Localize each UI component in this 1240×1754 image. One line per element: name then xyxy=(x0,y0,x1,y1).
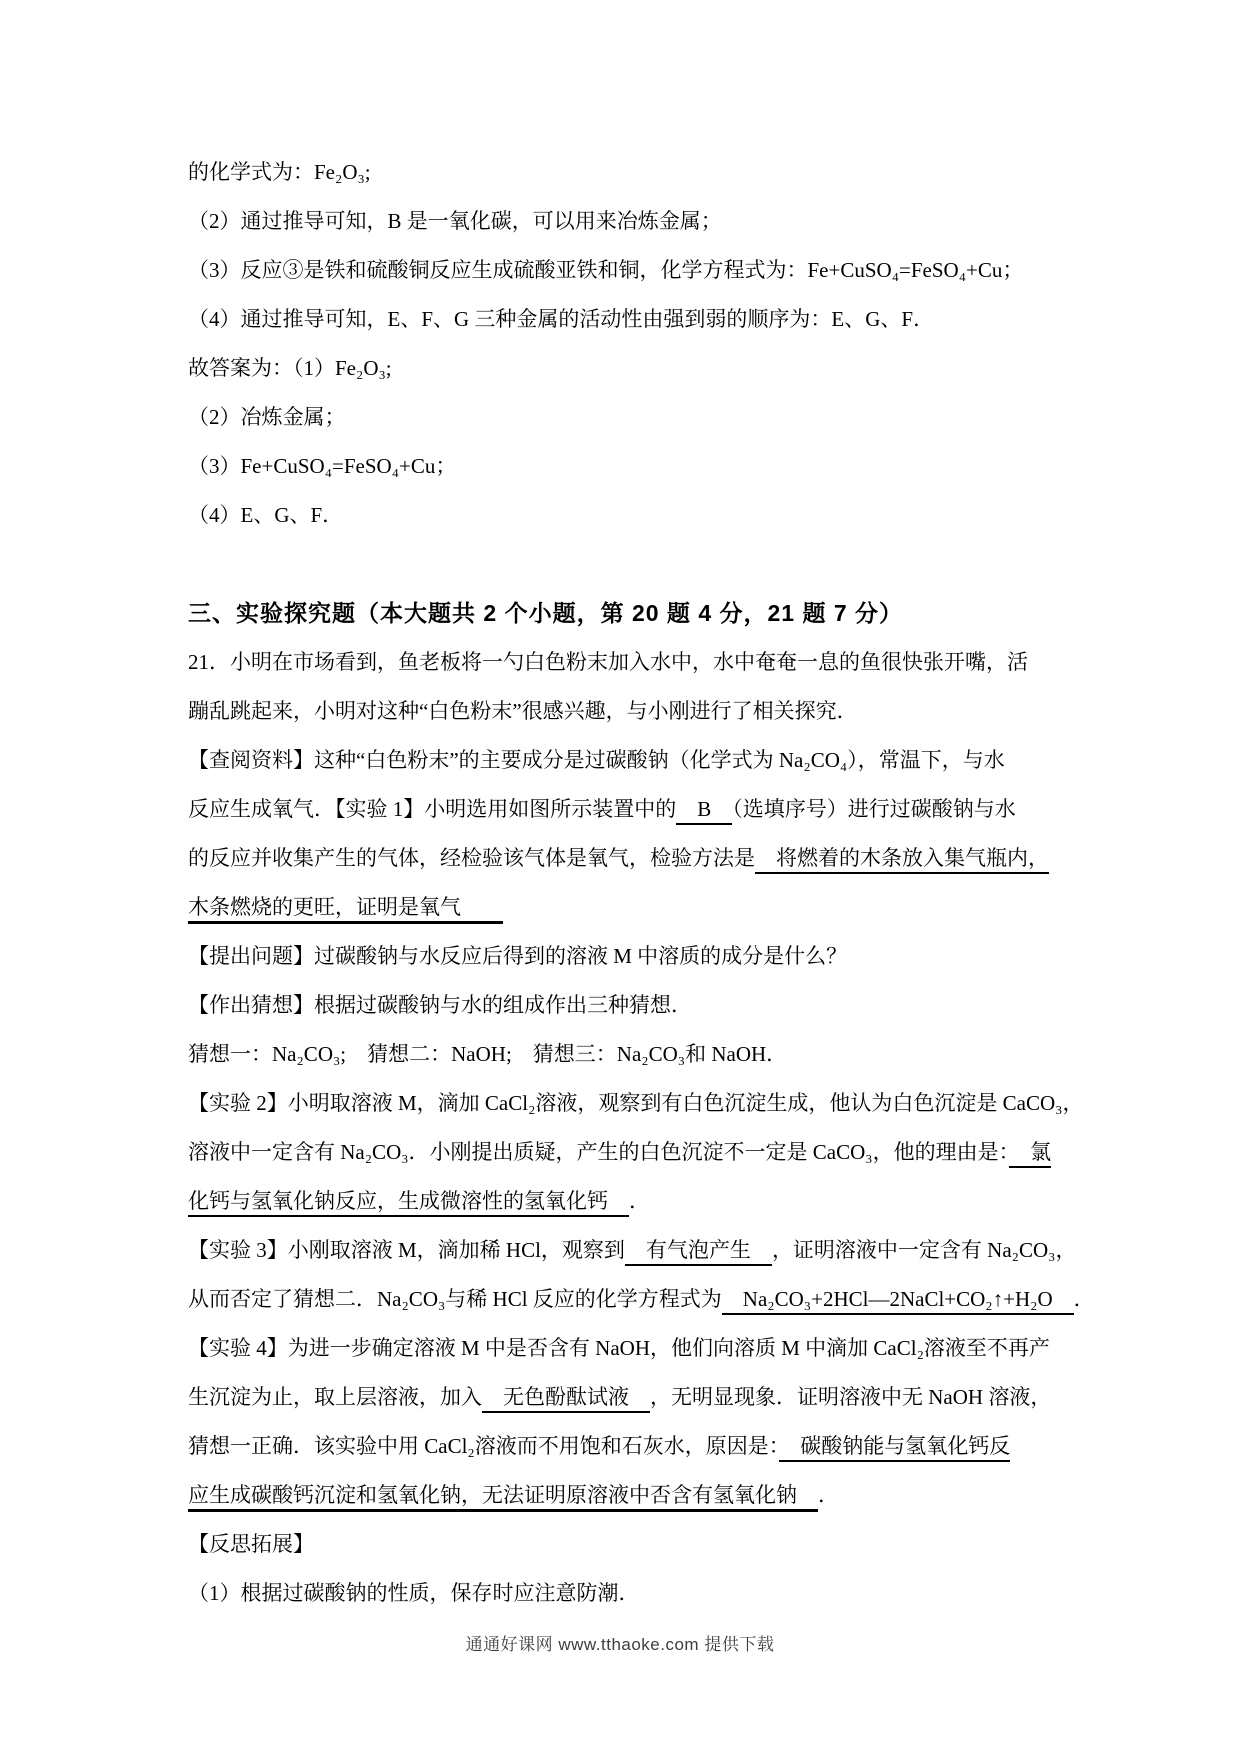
text-segment: 三、实验探究题（本大题共 2 个小题，第 20 题 4 分，21 题 7 分） xyxy=(188,600,903,626)
text-segment: 的反应并收集产生的气体，经检验该气体是氧气，检验方法是 xyxy=(188,846,755,870)
text-segment: 【作出猜想】根据过碳酸钠与水的组成作出三种猜想． xyxy=(188,993,692,1017)
q21-line-5: 的反应并收集产生的气体，经检验该气体是氧气，检验方法是 将燃着的木条放入集气瓶内… xyxy=(188,834,1068,883)
text-segment: 【反思拓展】 xyxy=(188,1532,314,1556)
text-segment: 21．小明在市场看到，鱼老板将一勺白色粉末加入水中，水中奄奄一息的鱼很快张开嘴，… xyxy=(188,650,1028,674)
text-segment: （1）根据过碳酸钠的性质，保存时应注意防潮． xyxy=(188,1581,640,1605)
q21-line-19: 【反思拓展】 xyxy=(188,1520,1068,1569)
answer-blank: 氯 xyxy=(1009,1140,1051,1168)
text-segment: （2）通过推导可知，B 是一氧化碳，可以用来冶炼金属； xyxy=(188,209,722,233)
footer-text: 通通好课网 www.tthaoke.com 提供下载 xyxy=(466,1635,775,1654)
q21-line-17: 猜想一正确．该实验中用 CaCl₂溶液而不用饱和石灰水，原因是： 碳酸钠能与氢氧… xyxy=(188,1422,1068,1471)
text-segment: 猜想一：Na₂CO₃; 猜想二：NaOH; 猜想三：Na₂CO₃和 NaOH． xyxy=(188,1042,787,1066)
text-segment: 【实验 2】小明取溶液 M，滴加 CaCl₂溶液，观察到有白色沉淀生成，他认为白… xyxy=(188,1091,1083,1115)
answer-line-7: （3）Fe+CuSO₄=FeSO₄+Cu； xyxy=(188,442,1068,491)
text-segment: 从而否定了猜想二．Na₂CO₃与稀 HCl 反应的化学方程式为 xyxy=(188,1287,722,1311)
q21-line-9: 猜想一：Na₂CO₃; 猜想二：NaOH; 猜想三：Na₂CO₃和 NaOH． xyxy=(188,1030,1068,1079)
answer-blank: 无色酚酞试液 xyxy=(482,1385,650,1413)
answer-blank: Na₂CO₃+2HCl—2NaCl+CO₂↑+H₂O xyxy=(722,1287,1074,1315)
section-heading: 三、实验探究题（本大题共 2 个小题，第 20 题 4 分，21 题 7 分） xyxy=(188,589,1068,638)
text-segment: （3）Fe+CuSO₄=FeSO₄+Cu； xyxy=(188,454,456,478)
q21-line-8: 【作出猜想】根据过碳酸钠与水的组成作出三种猜想． xyxy=(188,981,1068,1030)
text-segment: ，证明溶液中一定含有 Na₂CO₃， xyxy=(772,1238,1077,1262)
text-segment: ，无明显现象．证明溶液中无 NaOH 溶液， xyxy=(650,1385,1051,1409)
q21-line-18: 应生成碳酸钙沉淀和氢氧化钠，无法证明原溶液中否含有氢氧化钠 ． xyxy=(188,1471,1068,1520)
text-segment: （3）反应③是铁和硫酸铜反应生成硫酸亚铁和铜，化学方程式为：Fe+CuSO₄=F… xyxy=(188,258,1023,282)
q21-line-2: 蹦乱跳起来，小明对这种“白色粉末”很感兴趣，与小刚进行了相关探究． xyxy=(188,687,1068,736)
text-segment: 生沉淀为止，取上层溶液，加入 xyxy=(188,1385,482,1409)
q21-line-11: 溶液中一定含有 Na₂CO₃．小刚提出质疑，产生的白色沉淀不一定是 CaCO₃，… xyxy=(188,1128,1068,1177)
answer-line-1: 的化学式为：Fe₂O₃; xyxy=(188,148,1068,197)
text-segment: ． xyxy=(629,1189,650,1213)
q21-line-20: （1）根据过碳酸钠的性质，保存时应注意防潮． xyxy=(188,1569,1068,1618)
text-segment: （2）冶炼金属； xyxy=(188,405,346,429)
q21-line-10: 【实验 2】小明取溶液 M，滴加 CaCl₂溶液，观察到有白色沉淀生成，他认为白… xyxy=(188,1079,1068,1128)
q21-line-3: 【查阅资料】这种“白色粉末”的主要成分是过碳酸钠（化学式为 Na₂CO₄），常温… xyxy=(188,736,1068,785)
q21-line-7: 【提出问题】过碳酸钠与水反应后得到的溶液 M 中溶质的成分是什么？ xyxy=(188,932,1068,981)
text-segment: （选填序号）进行过碳酸钠与水 xyxy=(732,797,1016,821)
answer-blank: B xyxy=(676,797,732,825)
answer-blank: 将燃着的木条放入集气瓶内， xyxy=(755,846,1049,874)
answer-line-2: （2）通过推导可知，B 是一氧化碳，可以用来冶炼金属； xyxy=(188,197,1068,246)
answer-blank: 化钙与氢氧化钠反应，生成微溶性的氢氧化钙 xyxy=(188,1189,629,1217)
answer-line-8: （4）E、G、F． xyxy=(188,491,1068,540)
text-segment: 反应生成氧气．【实验 1】小明选用如图所示装置中的 xyxy=(188,797,676,821)
answer-line-3: （3）反应③是铁和硫酸铜反应生成硫酸亚铁和铜，化学方程式为：Fe+CuSO₄=F… xyxy=(188,246,1068,295)
text-segment: 故答案为：（1）Fe₂O₃; xyxy=(188,356,392,380)
q21-line-4: 反应生成氧气．【实验 1】小明选用如图所示装置中的 B （选填序号）进行过碳酸钠… xyxy=(188,785,1068,834)
text-segment: 溶液中一定含有 Na₂CO₃．小刚提出质疑，产生的白色沉淀不一定是 CaCO₃，… xyxy=(188,1140,1009,1164)
answer-blank: 木条燃烧的更旺，证明是氧气 xyxy=(188,895,503,924)
text-segment: 的化学式为：Fe₂O₃; xyxy=(188,160,371,184)
text-segment: 【实验 3】小刚取溶液 M，滴加稀 HCl，观察到 xyxy=(188,1238,625,1262)
page-footer: 通通好课网 www.tthaoke.com 提供下载 xyxy=(0,1630,1240,1655)
text-segment: （4）通过推导可知，E、F、G 三种金属的活动性由强到弱的顺序为：E、G、F． xyxy=(188,307,934,331)
text-segment: 蹦乱跳起来，小明对这种“白色粉末”很感兴趣，与小刚进行了相关探究． xyxy=(188,699,858,723)
text-segment: 【提出问题】过碳酸钠与水反应后得到的溶液 M 中溶质的成分是什么？ xyxy=(188,944,847,968)
q21-line-6: 木条燃烧的更旺，证明是氧气 xyxy=(188,883,1068,932)
answer-line-4: （4）通过推导可知，E、F、G 三种金属的活动性由强到弱的顺序为：E、G、F． xyxy=(188,295,1068,344)
q21-line-12: 化钙与氢氧化钠反应，生成微溶性的氢氧化钙 ． xyxy=(188,1177,1068,1226)
text-segment: （4）E、G、F． xyxy=(188,503,343,527)
text-segment: ． xyxy=(1074,1287,1095,1311)
answer-blank: 有气泡产生 xyxy=(625,1238,772,1266)
q21-line-1: 21．小明在市场看到，鱼老板将一勺白色粉末加入水中，水中奄奄一息的鱼很快张开嘴，… xyxy=(188,638,1068,687)
answer-line-6: （2）冶炼金属； xyxy=(188,393,1068,442)
text-segment: 猜想一正确．该实验中用 CaCl₂溶液而不用饱和石灰水，原因是： xyxy=(188,1434,779,1458)
q21-line-15: 【实验 4】为进一步确定溶液 M 中是否含有 NaOH，他们向溶质 M 中滴加 … xyxy=(188,1324,1068,1373)
document-page: 的化学式为：Fe₂O₃;（2）通过推导可知，B 是一氧化碳，可以用来冶炼金属；（… xyxy=(0,0,1240,1754)
answer-blank: 应生成碳酸钙沉淀和氢氧化钠，无法证明原溶液中否含有氢氧化钠 xyxy=(188,1483,818,1512)
answer-line-5: 故答案为：（1）Fe₂O₃; xyxy=(188,344,1068,393)
answer-blank: 碳酸钠能与氢氧化钙反 xyxy=(779,1434,1010,1462)
q21-line-14: 从而否定了猜想二．Na₂CO₃与稀 HCl 反应的化学方程式为 Na₂CO₃+2… xyxy=(188,1275,1068,1324)
text-segment: 【查阅资料】这种“白色粉末”的主要成分是过碳酸钠（化学式为 Na₂CO₄），常温… xyxy=(188,748,1005,772)
q21-line-13: 【实验 3】小刚取溶液 M，滴加稀 HCl，观察到 有气泡产生 ，证明溶液中一定… xyxy=(188,1226,1068,1275)
document-content: 的化学式为：Fe₂O₃;（2）通过推导可知，B 是一氧化碳，可以用来冶炼金属；（… xyxy=(188,148,1068,1618)
text-segment: ． xyxy=(818,1483,839,1507)
q21-line-16: 生沉淀为止，取上层溶液，加入 无色酚酞试液 ，无明显现象．证明溶液中无 NaOH… xyxy=(188,1373,1068,1422)
text-segment: 【实验 4】为进一步确定溶液 M 中是否含有 NaOH，他们向溶质 M 中滴加 … xyxy=(188,1336,1050,1360)
